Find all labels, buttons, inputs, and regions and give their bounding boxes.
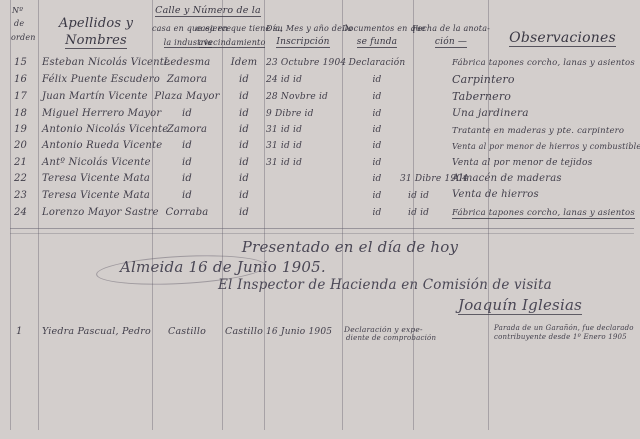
cell-calle: Zamora — [154, 74, 220, 85]
cell-inscripcion: 28 Novbre id — [266, 92, 328, 102]
column-divider — [10, 0, 11, 430]
header-order-de: de — [14, 19, 24, 28]
header-avecindamiento-l1: casa en que tiene su — [196, 24, 268, 33]
header-apellidos-l1: Apellidos y — [42, 16, 150, 31]
cell-inscripcion: 16 Junio 1905 — [266, 327, 332, 337]
cell-calle: id — [154, 157, 220, 168]
cell-observaciones: Almacén de maderas — [452, 173, 562, 184]
header-documentos-l1: Documentos en que — [342, 24, 412, 33]
cell-calle: id — [154, 173, 220, 184]
cell-ayuntamiento: id — [222, 124, 266, 135]
signature: Joaquín Iglesias — [458, 296, 582, 315]
cell-observaciones: Fábrica tapones corcho, lanas y asientos — [452, 58, 635, 68]
cell-documentos: id — [342, 125, 412, 135]
cell-inscripcion: 24 id id — [266, 75, 302, 85]
cell-nombre: Esteban Nicolás Vicente — [42, 57, 170, 68]
cell-nombre: Teresa Vicente Mata — [42, 173, 150, 184]
cell-order: 18 — [14, 108, 27, 119]
cell-order: 20 — [14, 140, 27, 151]
cell-documentos: id — [342, 109, 412, 119]
cell-observaciones: Fábrica tapones corcho, lanas y asientos — [452, 208, 635, 219]
cell-observaciones: Una jardinera — [452, 107, 529, 119]
cell-documentos: Declaración — [342, 58, 412, 68]
cell-calle: id — [154, 140, 220, 151]
cell-ayuntamiento: Castillo — [220, 326, 268, 337]
cell-nombre: Antº Nicolás Vicente — [42, 157, 151, 168]
cell-observaciones: Venta de hierros — [452, 189, 539, 200]
cell-order: 16 — [14, 74, 27, 85]
cell-documentos-l2: diente de comprobación — [346, 334, 436, 342]
cell-documentos: id — [342, 75, 412, 85]
cell-documentos-l1: Declaración y expe- — [344, 325, 423, 334]
cell-order: 21 — [14, 157, 27, 168]
cell-calle: id — [154, 108, 220, 119]
header-avecindamiento-l2: avecindamiento — [199, 38, 266, 48]
cell-calle: Plaza Mayor — [154, 91, 220, 102]
cell-ayuntamiento: Idem — [222, 57, 266, 68]
header-fecha-l1: Fecha de la anota- — [412, 24, 490, 33]
note-line-inspector: El Inspector de Hacienda en Comisión de … — [218, 277, 638, 293]
cell-inscripcion: 31 id id — [266, 141, 302, 151]
cell-ayuntamiento: id — [222, 140, 266, 151]
cell-inscripcion: 23 Octubre 1904 — [266, 58, 346, 68]
cell-nombre: Antonio Nicolás Vicente — [42, 124, 168, 135]
header-inscripcion-l2: Inscripción — [276, 37, 329, 48]
cell-order: 1 — [16, 326, 23, 337]
cell-nombre: Lorenzo Mayor Sastre — [42, 207, 159, 218]
note-line-presentado: Presentado en el día de hoy — [185, 238, 515, 256]
header-order-no: Nº — [12, 6, 23, 15]
header-calle-group: Calle y Número de la — [155, 5, 261, 17]
cell-inscripcion: 31 id id — [266, 158, 302, 168]
note-line-fecha: Almeida 16 de Junio 1905. — [120, 258, 440, 276]
cell-observaciones: Venta al por menor de hierros y combusti… — [452, 142, 640, 151]
cell-order: 23 — [14, 190, 27, 201]
cell-documentos: id — [342, 92, 412, 102]
cell-ayuntamiento: id — [222, 173, 266, 184]
cell-documentos: id — [342, 141, 412, 151]
section-rule — [10, 228, 634, 229]
cell-nombre: Félix Puente Escudero — [42, 74, 160, 85]
cell-observaciones-l2: contribuyente desde 1º Enero 1905 — [494, 333, 627, 341]
cell-calle: Corraba — [154, 207, 220, 218]
cell-ayuntamiento: id — [222, 108, 266, 119]
cell-observaciones: Carpintero — [452, 73, 515, 86]
cell-order: 19 — [14, 124, 27, 135]
cell-calle: Ledesma — [154, 57, 220, 68]
header-observaciones: Observaciones — [509, 30, 616, 47]
cell-nombre: Antonio Rueda Vicente — [42, 140, 162, 151]
cell-nombre: Juan Martín Vicente — [42, 91, 148, 102]
cell-calle: Castillo — [154, 326, 220, 337]
registry-page: Nº de orden Apellidos y Nombres Calle y … — [0, 0, 640, 439]
cell-fecha-anotacion: id id — [408, 208, 429, 218]
cell-observaciones: Tratante en maderas y pte. carpintero — [452, 126, 624, 136]
cell-nombre: Teresa Vicente Mata — [42, 190, 150, 201]
cell-ayuntamiento: id — [222, 74, 266, 85]
cell-observaciones: Venta al por menor de tejidos — [452, 158, 592, 168]
cell-documentos: id — [342, 191, 412, 201]
cell-order: 24 — [14, 207, 27, 218]
header-order-orden: orden — [11, 33, 36, 42]
cell-nombre: Miguel Herrero Mayor — [42, 108, 161, 119]
header-documentos-l2: se funda — [357, 37, 397, 48]
cell-observaciones: Tabernero — [452, 90, 511, 103]
cell-ayuntamiento: id — [222, 207, 266, 218]
cell-documentos: id — [342, 208, 412, 218]
cell-inscripcion: 9 Dibre id — [266, 109, 314, 119]
header-fecha-l2: ción — — [435, 37, 467, 48]
cell-ayuntamiento: id — [222, 190, 266, 201]
cell-order: 15 — [14, 57, 27, 68]
cell-order: 17 — [14, 91, 27, 102]
cell-order: 22 — [14, 173, 27, 184]
cell-calle: id — [154, 190, 220, 201]
header-apellidos-l2: Nombres — [65, 33, 127, 49]
column-divider — [38, 0, 39, 430]
cell-documentos: id — [342, 158, 412, 168]
cell-nombre: Yiedra Pascual, Pedro — [42, 326, 151, 337]
cell-fecha-anotacion: id id — [408, 191, 429, 201]
cell-calle: Zamora — [154, 124, 220, 135]
header-inscripcion-l1: Día, Mes y año de la — [266, 24, 340, 33]
cell-ayuntamiento: id — [222, 91, 266, 102]
cell-observaciones-l1: Parada de un Garañón, fue declarado — [494, 324, 634, 332]
cell-inscripcion: 31 id id — [266, 125, 302, 135]
cell-ayuntamiento: id — [222, 157, 266, 168]
section-rule — [10, 233, 634, 234]
